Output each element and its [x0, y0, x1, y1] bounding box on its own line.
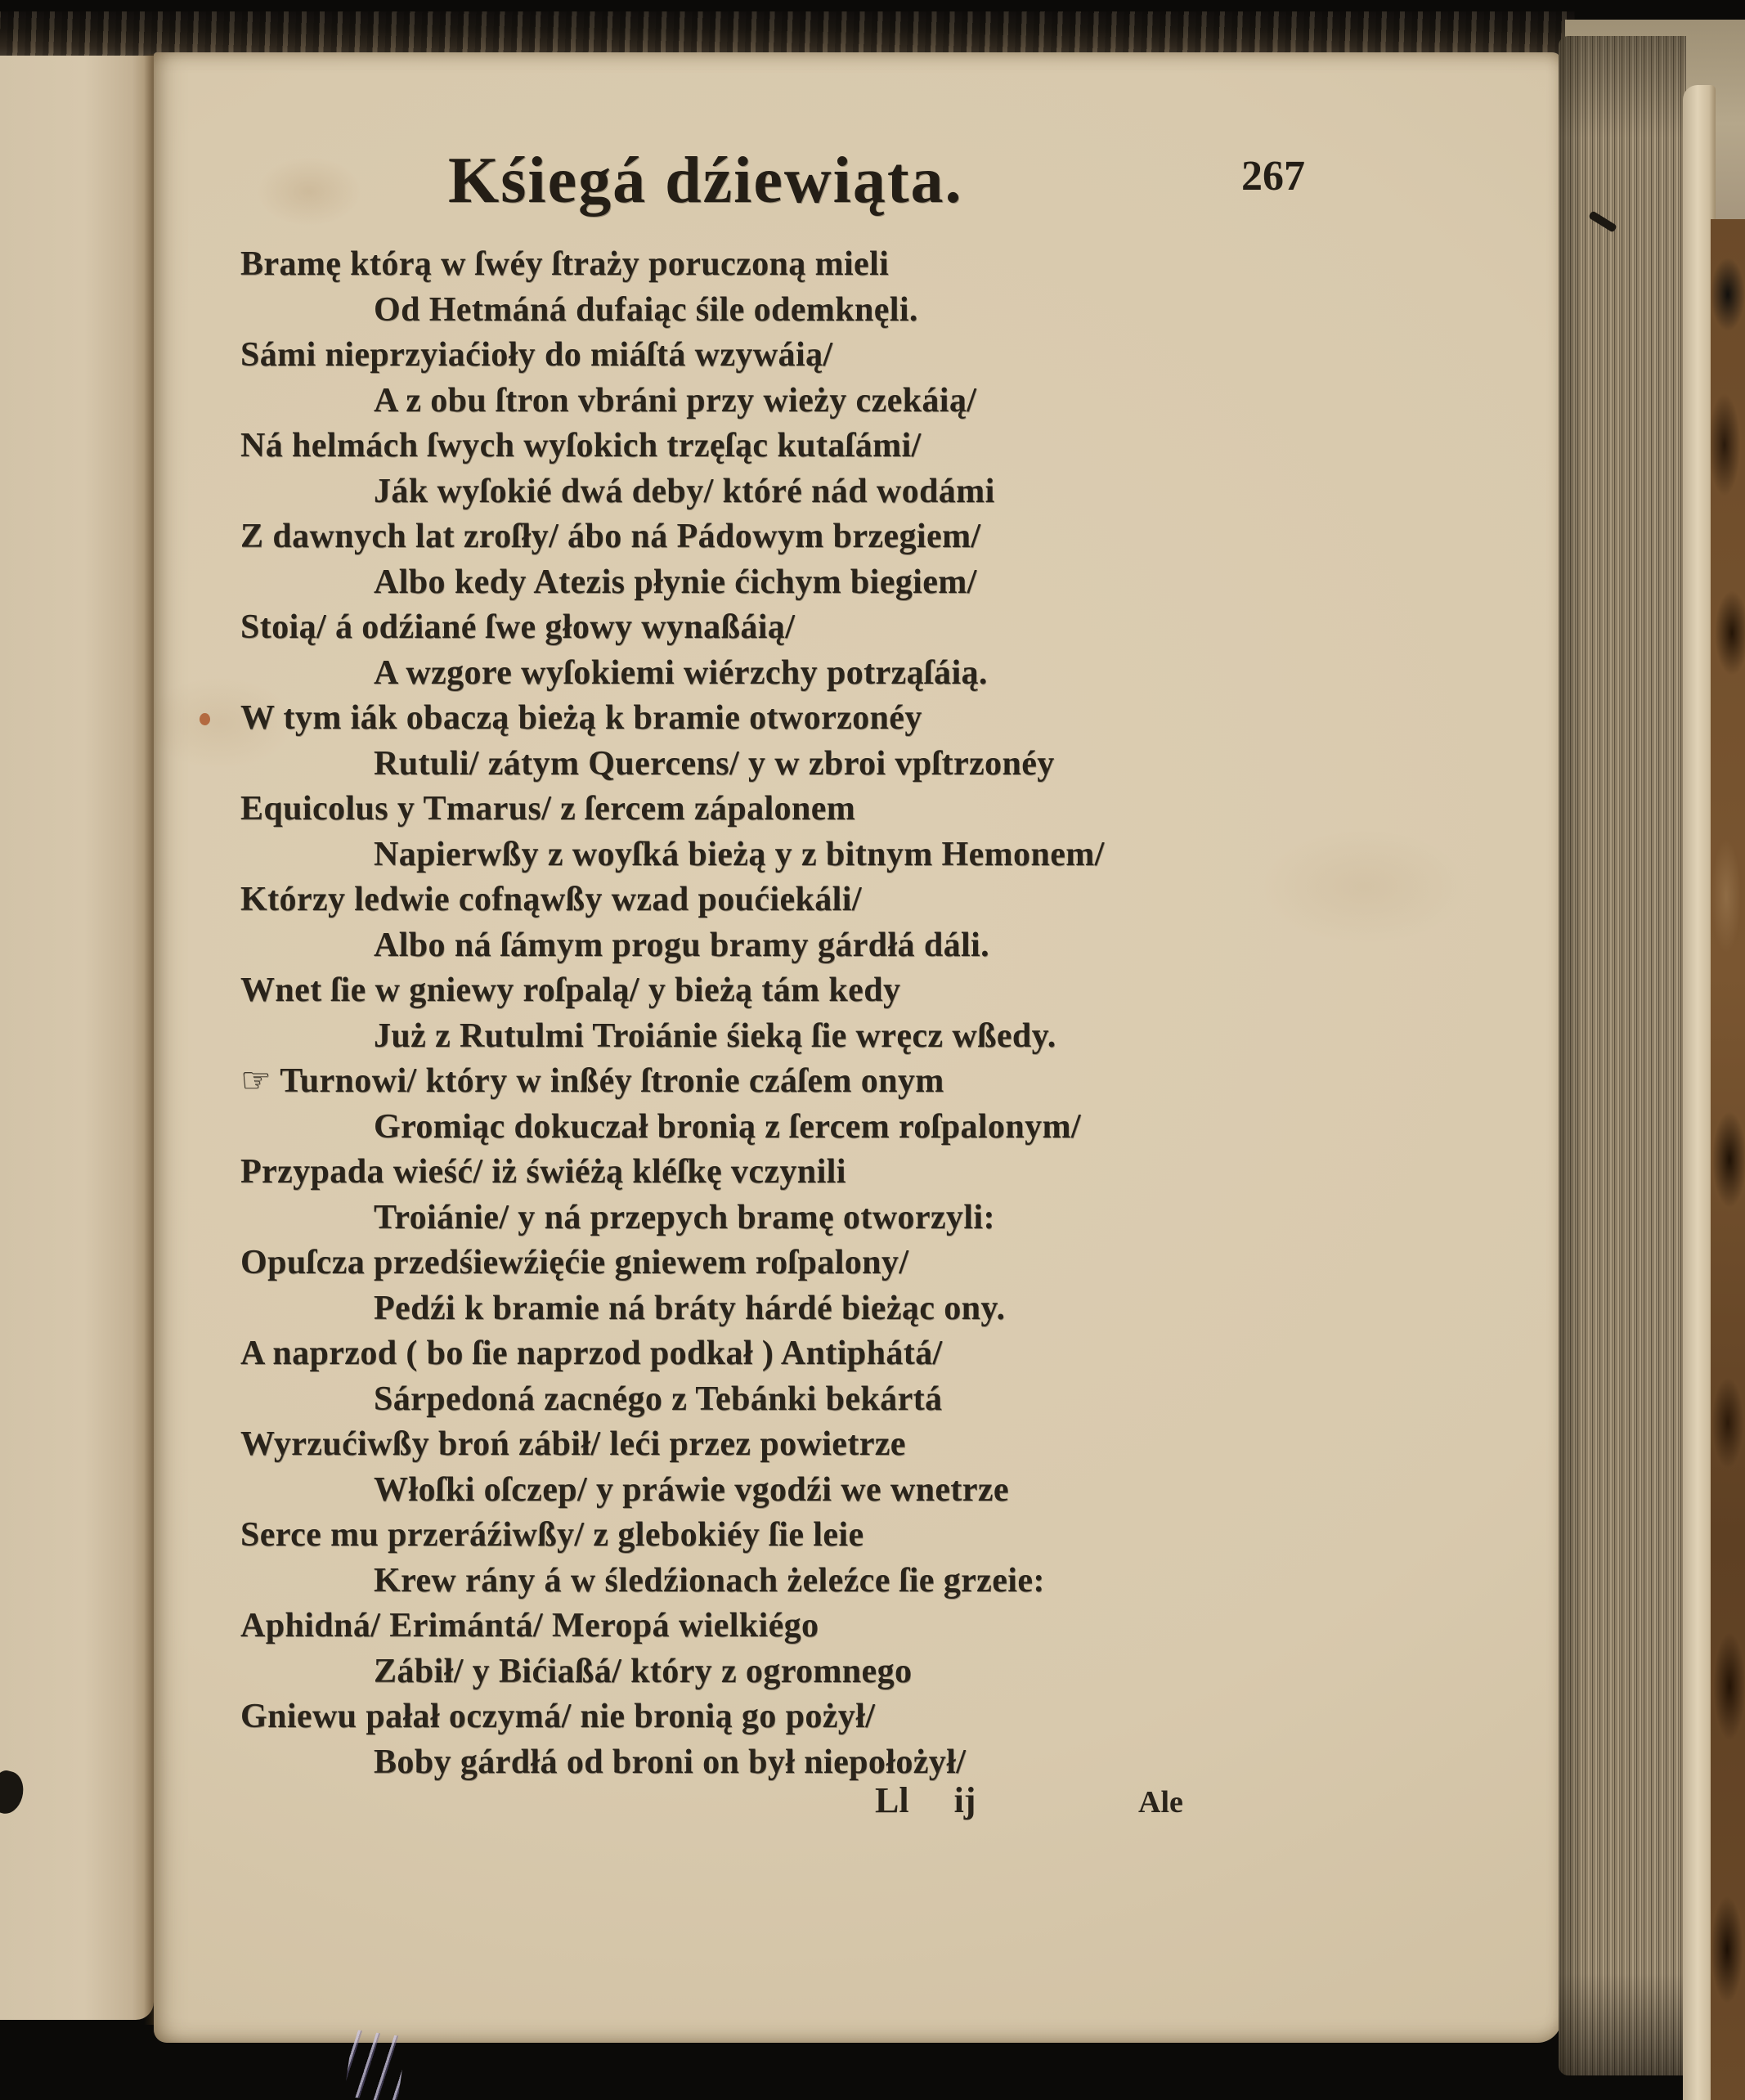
signature-mark: Ll ij: [875, 1779, 976, 1821]
poem-line: Pedźi k bramie ná bráty hárdé bieżąc ony…: [240, 1286, 1467, 1332]
poem-line: Bramę którą w ſwéy ſtraży poruczoną miel…: [240, 242, 1467, 288]
poem-line: Albo kedy Atezis płynie ćichym biegiem/: [240, 560, 1467, 606]
fore-edge-pages: [1559, 36, 1686, 2075]
poem-line: Boby gárdłá od broni on był niepołożył/: [240, 1740, 1467, 1786]
poem-line: Krew rány á w śledźionach żeleźce ſie gr…: [240, 1559, 1467, 1604]
bookmark-thread: [344, 2030, 407, 2100]
poem-line: Wyrzućiwßy broń zábił/ leći przez powiet…: [240, 1422, 1467, 1468]
poem-line: Albo ná ſámym progu bramy gárdłá dáli.: [240, 923, 1467, 969]
poem-line: Włoſki oſczep/ y práwie vgodźi we wnetrz…: [240, 1468, 1467, 1514]
poem-line: Sárpedoná zacnégo z Tebánki bekártá: [240, 1377, 1467, 1423]
running-head: Kśiegá dźiewiąta.: [448, 144, 962, 218]
poem-line: Stoią/ á odźiané ſwe głowy wynaßáią/: [240, 605, 1467, 651]
poem-line: Zábił/ y Bićiaßá/ który z ogromnego: [240, 1649, 1467, 1695]
poem-line: Serce mu przeráźiwßy/ z glebokiéy ſie le…: [240, 1513, 1467, 1559]
book-scan: Kśiegá dźiewiąta. 267 Bramę którą w ſwéy…: [0, 0, 1745, 2100]
poem-line-manicule: ☞ Turnowi/ który w inßéy ſtronie czáſem …: [240, 1059, 1467, 1105]
margin-red-mark: [200, 713, 210, 725]
poem-line: Rutuli/ zátym Quercens/ y w zbroi vpſtrz…: [240, 742, 1467, 787]
marbled-cover-edge: [1711, 219, 1745, 2100]
poem-line: Już z Rutulmi Troiánie śieką ſie wręcz w…: [240, 1014, 1467, 1060]
poem-line: Przypada wieść/ iż świéżą kléſkę vczynil…: [240, 1150, 1467, 1196]
poem-line: Wnet ſie w gniewy roſpalą/ y bieżą tám k…: [240, 968, 1467, 1014]
poem-line: Ják wyſokié dwá deby/ któré nád wodámi: [240, 469, 1467, 515]
poem-line: Gromiąc dokuczał bronią z ſercem roſpalo…: [240, 1105, 1467, 1151]
poem-line: Troiánie/ y ná przepych bramę otworzyli:: [240, 1196, 1467, 1241]
poem-line: Od Hetmáná dufaiąc śile odemknęli.: [240, 288, 1467, 334]
poem-text: Bramę którą w ſwéy ſtraży poruczoną miel…: [240, 242, 1467, 1785]
book-page: Kśiegá dźiewiąta. 267 Bramę którą w ſwéy…: [154, 52, 1562, 2043]
poem-line: Z dawnych lat zroſły/ ábo ná Pádowym brz…: [240, 514, 1467, 560]
poem-line: Aphidná/ Erimántá/ Meropá wielkiégo: [240, 1604, 1467, 1649]
poem-line: Opuſcza przedśiewźięćie gniewem roſpalon…: [240, 1241, 1467, 1286]
poem-line: Sámi nieprzyiaćioły do miáſtá wzywáią/: [240, 333, 1467, 379]
poem-line: Equicolus y Tmarus/ z ſercem zápalonem: [240, 787, 1467, 832]
poem-line: A z obu ſtron vbráni przy wieży czekáią/: [240, 379, 1467, 424]
poem-line: W tym iák obaczą bieżą k bramie otworzon…: [240, 696, 1467, 742]
poem-line: A wzgore wyſokiemi wiérzchy potrząſáią.: [240, 651, 1467, 697]
poem-line: Którzy ledwie cofnąwßy wzad poućiekáli/: [240, 877, 1467, 923]
poem-line: Gniewu pałał oczymá/ nie bronią go pożył…: [240, 1694, 1467, 1740]
catchword: Ale: [1138, 1784, 1183, 1820]
facing-page: [0, 56, 154, 2020]
page-number: 267: [1241, 152, 1305, 200]
poem-line: A naprzod ( bo ſie naprzod podkał ) Anti…: [240, 1331, 1467, 1377]
poem-line: Napierwßy z woyſká bieżą y z bitnym Hemo…: [240, 832, 1467, 878]
poem-line: Ná helmách ſwych wyſokich trzęſąc kutaſá…: [240, 424, 1467, 469]
